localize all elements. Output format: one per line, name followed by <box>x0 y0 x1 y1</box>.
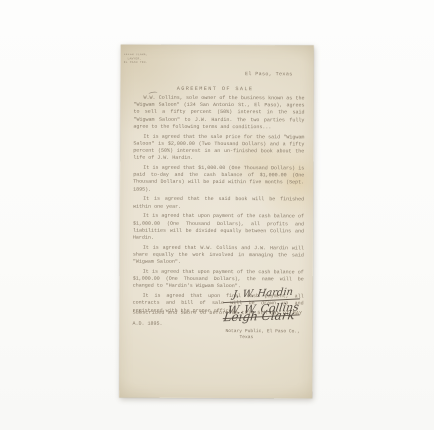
paragraph-1: W.W. Collins, sole owner of the business… <box>133 95 304 132</box>
notary-title: Notary Public, El Paso Co., Texas <box>225 329 299 341</box>
document-title: AGREEMENT OF SALE <box>121 86 310 93</box>
paragraph-5: It is agreed that upon payment of the ca… <box>133 213 304 243</box>
paragraph-3: It is agreed that $1,000.00 (One Thousan… <box>133 165 304 195</box>
notary-title-line-1: Notary Public, El Paso Co., <box>226 329 300 334</box>
dateline: El Paso, Texas <box>245 71 293 77</box>
law-office-stamp: LEIGH CLARK, LAWYER, EL PASO TEX. <box>124 54 146 66</box>
document-photo: LEIGH CLARK, LAWYER, EL PASO TEX. El Pas… <box>0 0 434 430</box>
paragraph-6: It is agreed that W.W. Collins and J.W. … <box>133 244 304 266</box>
paragraph-2: It is agreed that the sale price for the… <box>133 133 304 163</box>
stamp-line-3: EL PASO TEX. <box>124 62 146 66</box>
notary-title-line-2: Texas <box>225 335 299 341</box>
notary-signature: Leigh Clark <box>223 308 296 324</box>
paragraph-4: It is agreed that the said book will be … <box>133 196 304 211</box>
notary-attestation-line-2: A.D. 1895. <box>133 321 163 327</box>
body-text: W.W. Collins, sole owner of the business… <box>133 95 305 318</box>
agreement-paper: LEIGH CLARK, LAWYER, EL PASO TEX. El Pas… <box>119 45 314 399</box>
